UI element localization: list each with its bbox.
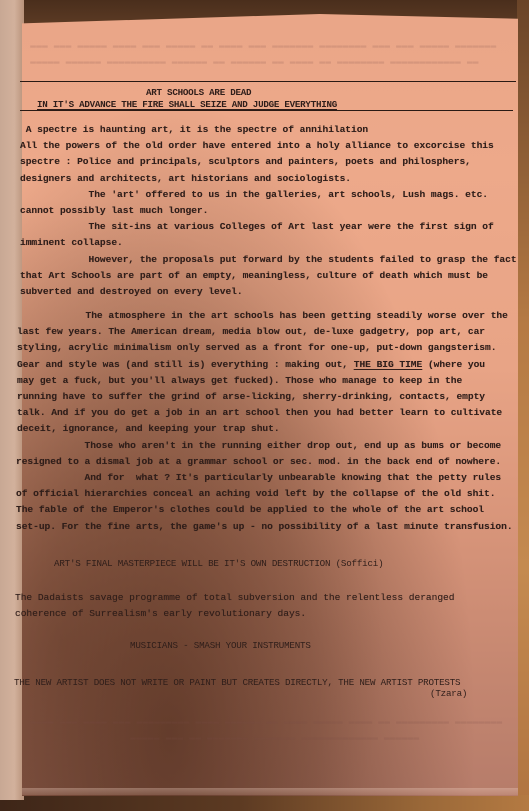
- text-line: last few years. The American dream, medi…: [17, 324, 508, 340]
- paragraph-atmosphere: The atmosphere in the art schools has be…: [17, 308, 508, 438]
- document-title: ART SCHOOLS ARE DEAD: [146, 87, 251, 98]
- text-line: cannot possibly last much longer.: [20, 203, 517, 219]
- text-line: However, the proposals put forward by th…: [20, 252, 517, 268]
- header-rule-bottom: [20, 110, 513, 111]
- paragraph-dadaists: The Dadaists savage programme of total s…: [15, 590, 454, 622]
- text-line: And for what ? It's particularly unbeara…: [16, 470, 513, 486]
- musicians-slogan: MUSICIANS - SMASH YOUR INSTRUMENTS: [130, 640, 311, 651]
- show-through-text: ▬▬▬▬▬▬▬▬ ▬▬▬▬▬▬▬▬▬ ▬▬ ▬▬▬▬ ▬▬▬▬▬ ▬▬▬▬ ▬▬…: [30, 716, 502, 727]
- quote-soffici: ART'S FINAL MASTERPIECE WILL BE IT'S OWN…: [54, 558, 383, 569]
- paragraph-drop-out: Those who aren't in the running either d…: [16, 438, 501, 470]
- text-line: imminent collapse.: [20, 235, 517, 251]
- header-rule-top: [20, 81, 516, 82]
- paragraph-and-for-what: And for what ? It's particularly unbeara…: [16, 470, 513, 535]
- text-line: may get a fuck, but you'll always get fu…: [17, 373, 508, 389]
- text-line: designers and architects, art historians…: [20, 171, 517, 187]
- text-line: of official hierarchies conceal an achin…: [16, 486, 513, 502]
- text-line: subverted and destroyed on every level.: [20, 284, 517, 300]
- text-line: The sit-ins at various Colleges of Art l…: [20, 219, 517, 235]
- table-surface-bottom: [0, 795, 529, 811]
- text-line: All the powers of the old order have ent…: [20, 138, 517, 154]
- tzara-attribution: (Tzara): [430, 688, 467, 699]
- text-line: that Art Schools are part of an empty, m…: [20, 268, 517, 284]
- text-line: The 'art' offered to us in the galleries…: [20, 187, 517, 203]
- show-through-text: ▬▬▬▬▬▬▬ ▬▬▬▬▬ ▬▬▬ ▬▬▬ ▬▬▬▬▬▬▬▬ ▬▬▬▬▬▬▬ ▬…: [30, 40, 496, 51]
- text-line: set-up. For the fine arts, the game's up…: [16, 519, 513, 535]
- text-line: deceit, ignorance, and keeping your trap…: [17, 421, 508, 437]
- text-line: spectre : Police and principals, sculpto…: [20, 154, 517, 170]
- text-line: A spectre is haunting art, it is the spe…: [20, 122, 517, 138]
- text-line: The Dadaists savage programme of total s…: [15, 590, 454, 606]
- text-line: Gear and style was (and still is) everyt…: [17, 359, 354, 370]
- text-line: resigned to a dismal job at a grammar sc…: [16, 454, 501, 470]
- paragraph-spectre: A spectre is haunting art, it is the spe…: [20, 122, 517, 300]
- show-through-text: ▬▬▬▬▬▬ ▬▬▬▬▬▬▬▬▬▬▬▬▬ ▬▬▬▬▬▬▬ ▬▬▬▬▬▬▬ ▬▬ …: [130, 732, 419, 743]
- text-line: The atmosphere in the art schools has be…: [17, 308, 508, 324]
- tzara-quote: THE NEW ARTIST DOES NOT WRITE OR PAINT B…: [14, 677, 460, 688]
- text-line: talk. And if you do get a job in an art …: [17, 405, 508, 421]
- text-line: running have to suffer the grind of arse…: [17, 389, 508, 405]
- document-subtitle: IN IT'S ADVANCE THE FIRE SHALL SEIZE AND…: [37, 99, 337, 110]
- text-line: styling, acrylic minimalism only served …: [17, 340, 508, 356]
- text-line: coherence of Surrealism's early revoluti…: [15, 606, 454, 622]
- emphasis-the-big-time: THE BIG TIME: [354, 359, 423, 370]
- page-bottom-edge: [22, 788, 518, 795]
- show-through-text: ▬▬ ▬▬▬▬▬▬▬▬▬▬▬▬ ▬▬▬▬▬▬▬▬ ▬▬ ▬▬▬▬ ▬▬ ▬▬▬▬…: [30, 56, 478, 67]
- text-line: The fable of the Emperor's clothes could…: [16, 502, 513, 518]
- text-line: (where you: [422, 359, 485, 370]
- text-line: Those who aren't in the running either d…: [16, 438, 501, 454]
- table-surface-right: [517, 0, 529, 811]
